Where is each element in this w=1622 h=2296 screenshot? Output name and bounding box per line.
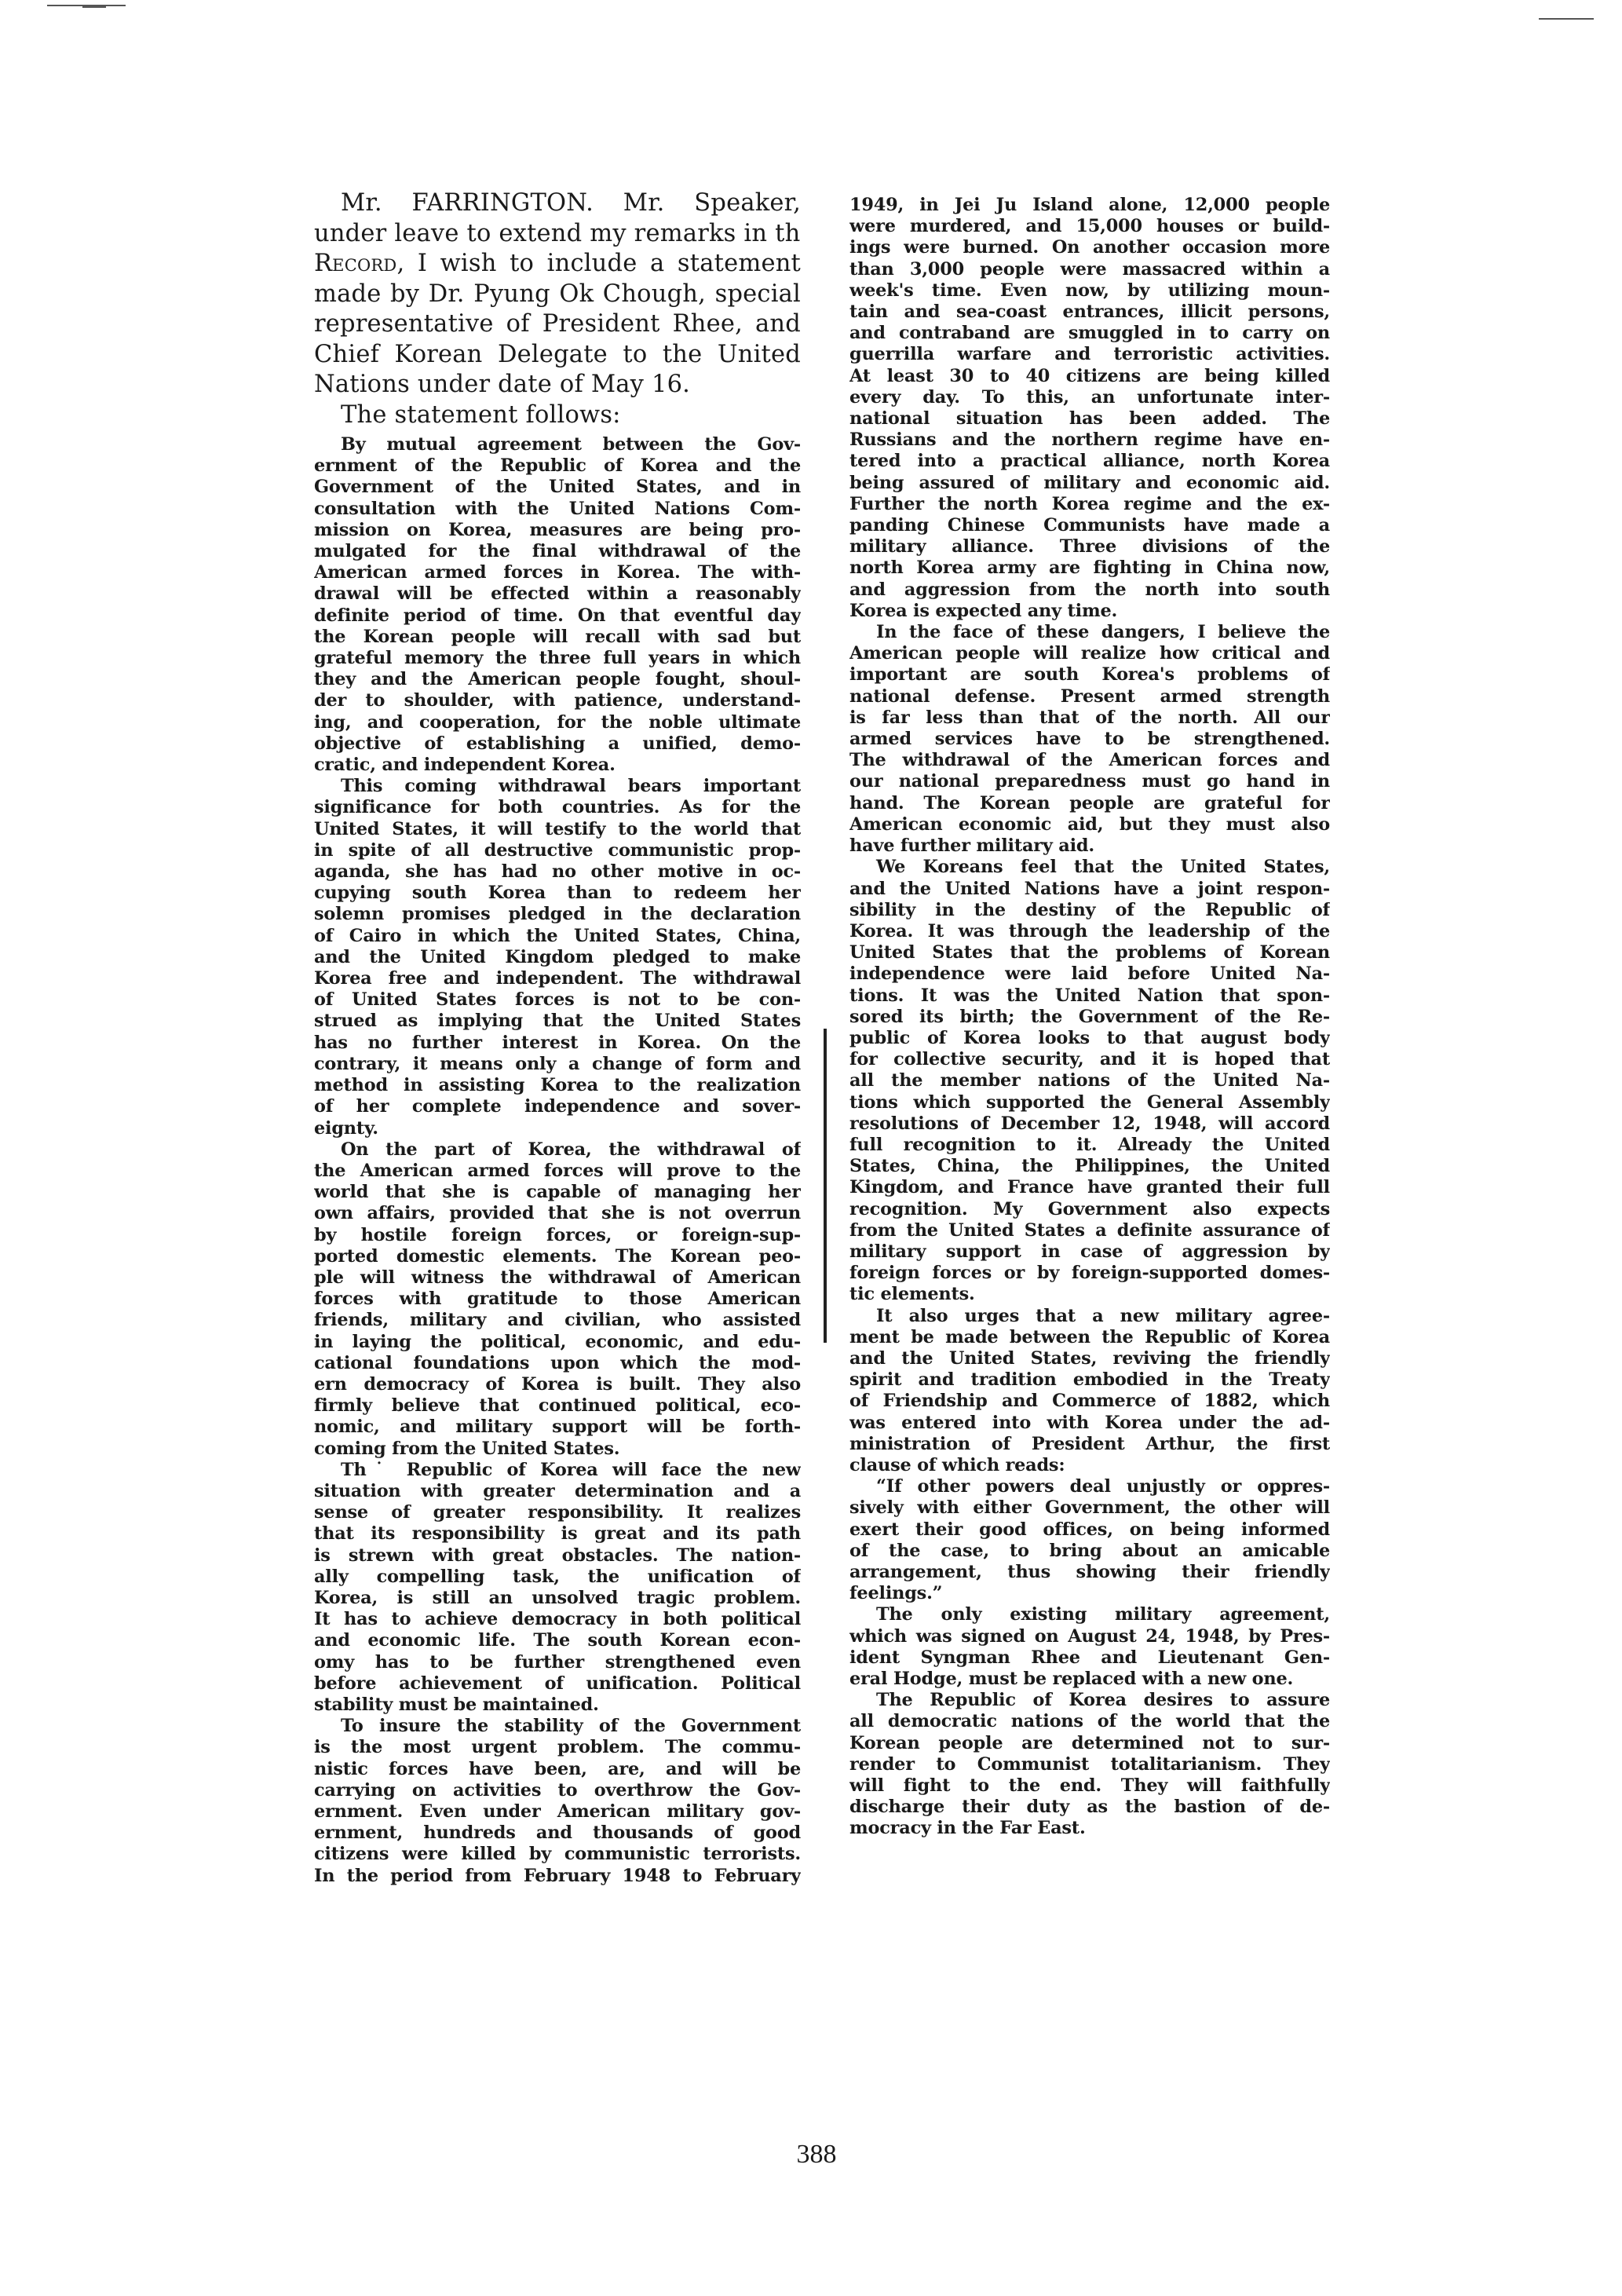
text-line: armed services have to be strengthened. [849, 729, 1330, 750]
text-line: of the case, to bring about an amicable [849, 1541, 1330, 1562]
text-line: in laying the political, economic, and e… [314, 1332, 801, 1353]
text-line: ing, and cooperation, for the noble ulti… [314, 712, 801, 733]
record-word: Record [314, 250, 396, 277]
text-line: tions. It was the United Nation that spo… [849, 985, 1330, 1007]
text-line: The withdrawal of the American forces an… [849, 750, 1330, 771]
text-line: public of Korea looks to that august bod… [849, 1028, 1330, 1049]
text-line: solemn promises pledged in the declarati… [314, 904, 801, 925]
text-line: forces with gratitude to those American [314, 1289, 801, 1310]
text-line: hand. The Korean people are grateful for [849, 793, 1330, 814]
text-line: Kingdom, and France have granted their f… [849, 1177, 1330, 1198]
text-line: United States that the problems of Korea… [849, 942, 1330, 963]
text-line: We Koreans feel that the United States, [849, 857, 1330, 878]
text-line: contrary, it means only a change of form… [314, 1054, 801, 1075]
text-line: United States, it will testify to the wo… [314, 819, 801, 840]
text-line: clause of which reads: [849, 1455, 1330, 1476]
text-line: cratic, and independent Korea. [314, 755, 801, 776]
text-line: under leave to extend my remarks in the [314, 219, 801, 250]
text-line: coming from the United States. [314, 1439, 801, 1460]
text-line: made by Dr. Pyung Ok Chough, special [314, 280, 801, 310]
text-line: national situation has been added. The [849, 408, 1330, 430]
text-line: firmly believe that continued political,… [314, 1395, 801, 1417]
text-line: Korea, is still an unsolved tragic probl… [314, 1588, 801, 1609]
text-line: By mutual agreement between the Gov- [314, 434, 801, 455]
text-line: eral Hodge, must be replaced with a new … [849, 1669, 1330, 1690]
text-line: was entered into with Korea under the ad… [849, 1413, 1330, 1434]
text-line: cational foundations upon which the mod- [314, 1353, 801, 1374]
text-line: Government of the United States, and in [314, 477, 801, 498]
text-line: The Republic of Korea desires to assure [849, 1690, 1330, 1711]
text-line: strued as implying that the United State… [314, 1011, 801, 1032]
text-line: by hostile foreign forces, or foreign-su… [314, 1225, 801, 1246]
text-line: ministration of President Arthur, the fi… [849, 1434, 1330, 1455]
text-line: definite period of time. On that eventfu… [314, 605, 801, 627]
text-line: have further military aid. [849, 835, 1330, 857]
text-line: and aggression from the north into south [849, 579, 1330, 601]
text-line: spirit and tradition embodied in the Tre… [849, 1369, 1330, 1391]
text-line: tions which supported the General Assemb… [849, 1092, 1330, 1113]
text-line: sibility in the destiny of the Republic … [849, 900, 1330, 921]
text-line: has no further interest in Korea. On the [314, 1033, 801, 1054]
text-line: Th˙ Republic of Korea will face the new [314, 1460, 801, 1481]
text-line: ernment of the Republic of Korea and the [314, 455, 801, 477]
text-line: feelings.” [849, 1583, 1330, 1604]
text-line: tic elements. [849, 1284, 1330, 1305]
text-line: der to shoulder, with patience, understa… [314, 690, 801, 711]
text-line: and economic life. The south Korean econ… [314, 1630, 801, 1651]
text-line: panding Chinese Communists have made a [849, 515, 1330, 536]
statement-text-right: 1949, in Jei Ju Island alone, 12,000 peo… [849, 195, 1330, 1840]
text-line: is far less than that of the north. All … [849, 707, 1330, 729]
text-line: ally compelling task, the unification of [314, 1567, 801, 1588]
text-line: render to Communist totalitarianism. The… [849, 1754, 1330, 1775]
text-line: the Korean people will recall with sad b… [314, 627, 801, 648]
text-line: recognition. My Government also expects [849, 1199, 1330, 1220]
text-line: sively with either Government, the other… [849, 1497, 1330, 1519]
text-line: ident Syngman Rhee and Lieutenant Gen- [849, 1647, 1330, 1669]
text-line: Nations under date of May 16. [314, 370, 801, 400]
text-line: Korea is expected any time. [849, 601, 1330, 622]
text-line: nistic forces have been, are, and will b… [314, 1759, 801, 1780]
text-line: military alliance. Three divisions of th… [849, 536, 1330, 558]
text-line: tain and sea-coast entrances, illicit pe… [849, 302, 1330, 323]
text-line: military support in case of aggression b… [849, 1241, 1330, 1263]
text-line: nomic, and military support will be fort… [314, 1417, 801, 1438]
page-number: 388 [793, 2140, 840, 2170]
text-line: Record, I wish to include a statement [314, 249, 801, 280]
text-line: national defense. Present armed strength [849, 686, 1330, 707]
text-line: Korea. It was through the leadership of … [849, 921, 1330, 942]
text-line: The only existing military agreement, [849, 1604, 1330, 1625]
text-line: week's time. Even now, by utilizing moun… [849, 280, 1330, 302]
statement-text-left: By mutual agreement between the Gov-ernm… [314, 434, 801, 1887]
margin-change-bar [824, 1029, 827, 1343]
text-line: In the period from February 1948 to Febr… [314, 1866, 801, 1887]
text-line: representative of President Rhee, and [314, 309, 801, 340]
text-line: independence were laid before United Na- [849, 963, 1330, 985]
text-line: citizens were killed by communistic terr… [314, 1844, 801, 1865]
text-line: before achievement of unification. Polit… [314, 1673, 801, 1695]
text-line: eignty. [314, 1118, 801, 1139]
text-line: of Cairo in which the United States, Chi… [314, 926, 801, 947]
text-line: ment be made between the Republic of Kor… [849, 1327, 1330, 1348]
text-line: and contraband are smuggled in to carry … [849, 323, 1330, 344]
text-line: It has to achieve democracy in both poli… [314, 1609, 801, 1630]
text-line: To insure the stability of the Governmen… [314, 1716, 801, 1737]
text-line: world that she is capable of managing he… [314, 1182, 801, 1203]
text-line: were murdered, and 15,000 houses or buil… [849, 216, 1330, 237]
text-line: being assured of military and economic a… [849, 473, 1330, 494]
text-line: will fight to the end. They will faithfu… [849, 1775, 1330, 1797]
text-line: Chief Korean Delegate to the United [314, 340, 801, 371]
text-line: and the United Nations have a joint resp… [849, 879, 1330, 900]
text-line: all the member nations of the United Na- [849, 1070, 1330, 1091]
text-line: ple will witness the withdrawal of Ameri… [314, 1267, 801, 1289]
text-line: carrying on activities to overthrow the … [314, 1780, 801, 1801]
text-line: American economic aid, but they must als… [849, 814, 1330, 835]
text-line: full recognition to it. Already the Unit… [849, 1135, 1330, 1156]
text-line: method in assisting Korea to the realiza… [314, 1075, 801, 1096]
text-line: cupying south Korea than to redeem her [314, 883, 801, 904]
text-line: drawal will be effected within a reasona… [314, 583, 801, 605]
text-line: they and the American people fought, sho… [314, 669, 801, 690]
text-line: significance for both countries. As for … [314, 797, 801, 818]
text-line: of United States forces is not to be con… [314, 989, 801, 1011]
text-line: mission on Korea, measures are being pro… [314, 520, 801, 541]
text-line: which was signed on August 24, 1948, by … [849, 1626, 1330, 1647]
text-line: than 3,000 people were massacred within … [849, 259, 1330, 280]
text-line: ern democracy of Korea is built. They al… [314, 1374, 801, 1395]
text-line: resolutions of December 12, 1948, will a… [849, 1113, 1330, 1135]
text-line: aganda, she has had no other motive in o… [314, 861, 801, 883]
text-line: and the United States, reviving the frie… [849, 1348, 1330, 1369]
text-line: situation with greater determination and… [314, 1481, 801, 1502]
text-line: friends, military and civilian, who assi… [314, 1310, 801, 1331]
text-line: ings were burned. On another occasion mo… [849, 237, 1330, 258]
text-line: stability must be maintained. [314, 1695, 801, 1716]
text-line: States, China, the Philippines, the Unit… [849, 1156, 1330, 1177]
text-line: Mr. FARRINGTON. Mr. Speaker, [314, 188, 801, 219]
text-line: north Korea army are fighting in China n… [849, 558, 1330, 579]
text-line: that its responsibility is great and its… [314, 1523, 801, 1545]
text-line: The statement follows: [314, 400, 801, 431]
scan-artifact [1539, 18, 1594, 20]
text-line: In the face of these dangers, I believe … [849, 622, 1330, 643]
text-line: mulgated for the final withdrawal of the [314, 541, 801, 562]
text-line: On the part of Korea, the withdrawal of [314, 1139, 801, 1161]
text-line: our national preparedness must go hand i… [849, 771, 1330, 792]
text-line: objective of establishing a unified, dem… [314, 733, 801, 755]
text-line: American armed forces in Korea. The with… [314, 562, 801, 583]
text-line: from the United States a definite assura… [849, 1220, 1330, 1241]
text-line: all democratic nations of the world that… [849, 1711, 1330, 1732]
text-line: grateful memory the three full years in … [314, 648, 801, 669]
text-line: is the most urgent problem. The commu- [314, 1737, 801, 1758]
text-line: the American armed forces will prove to … [314, 1161, 801, 1182]
text-line: important are south Korea's problems of [849, 664, 1330, 686]
text-line: Korea free and independent. The withdraw… [314, 968, 801, 989]
text-line: American people will realize how critica… [849, 643, 1330, 664]
text-line: guerrilla warfare and terroristic activi… [849, 344, 1330, 365]
text-line: exert their good offices, on being infor… [849, 1519, 1330, 1541]
text-line: in spite of all destructive communistic … [314, 840, 801, 861]
introductory-remarks: Mr. FARRINGTON. Mr. Speaker,under leave … [314, 188, 801, 430]
text-line: “If other powers deal unjustly or oppres… [849, 1476, 1330, 1497]
text-line: sense of greater responsibility. It real… [314, 1502, 801, 1523]
text-line: for collective security, and it is hoped… [849, 1049, 1330, 1070]
text-line: ernment, hundreds and thousands of good [314, 1823, 801, 1844]
text-line: foreign forces or by foreign-supported d… [849, 1263, 1330, 1284]
text-line: ported domestic elements. The Korean peo… [314, 1246, 801, 1267]
text-line: and the United Kingdom pledged to make [314, 947, 801, 968]
text-line: 1949, in Jei Ju Island alone, 12,000 peo… [849, 195, 1330, 216]
text-line: consultation with the United Nations Com… [314, 499, 801, 520]
scan-artifact [82, 6, 106, 8]
text-line: sored its birth; the Government of the R… [849, 1007, 1330, 1028]
text-line: own affairs, provided that she is not ov… [314, 1203, 801, 1224]
text-line: Russians and the northern regime have en… [849, 430, 1330, 451]
text-line: Further the north Korea regime and the e… [849, 494, 1330, 515]
text-line: tered into a practical alliance, north K… [849, 451, 1330, 472]
text-line: discharge their duty as the bastion of d… [849, 1797, 1330, 1818]
text-line: arrangement, thus showing their friendly [849, 1562, 1330, 1583]
text-line: of Friendship and Commerce of 1882, whic… [849, 1391, 1330, 1412]
text-line: omy has to be further strengthened even [314, 1652, 801, 1673]
text-line: every day. To this, an unfortunate inter… [849, 387, 1330, 408]
text-line: mocracy in the Far East. [849, 1818, 1330, 1839]
text-line: Korean people are determined not to sur- [849, 1733, 1330, 1754]
text-line: is strewn with great obstacles. The nati… [314, 1545, 801, 1567]
text-line: It also urges that a new military agree- [849, 1306, 1330, 1327]
text-line: ernment. Even under American military go… [314, 1801, 801, 1823]
text-line: At least 30 to 40 citizens are being kil… [849, 366, 1330, 387]
text-line: This coming withdrawal bears important [314, 776, 801, 797]
text-line: of her complete independence and sover- [314, 1096, 801, 1117]
